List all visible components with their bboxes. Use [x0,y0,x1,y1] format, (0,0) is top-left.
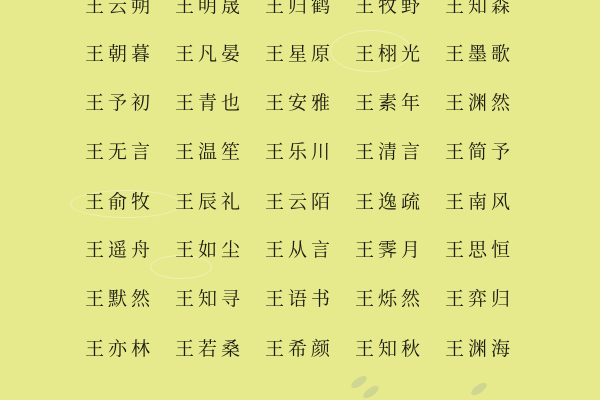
names-row: 王俞牧 王辰礼 王云陌 王逸疏 王南风 [85,187,535,217]
name-item: 王乐川 [265,137,355,167]
name-item: 王清言 [355,137,445,167]
name-item: 王青也 [175,88,265,118]
names-row: 王云朔 王明晟 王归鹤 王牧野 王知森 [85,0,535,21]
name-item: 王予初 [85,88,175,118]
names-row: 王默然 王知寻 王语书 王烁然 王弈归 [85,284,535,314]
name-item: 王弈归 [445,284,535,314]
name-item: 王知秋 [355,334,445,364]
name-item: 王归鹤 [265,0,355,21]
name-item: 王温笙 [175,137,265,167]
name-item: 王栩光 [355,39,445,69]
name-item: 王从言 [265,235,355,265]
name-item: 王烁然 [355,284,445,314]
name-item: 王云陌 [265,187,355,217]
name-item: 王思恒 [445,235,535,265]
decorative-leaf-icon [349,374,368,391]
names-row: 王予初 王青也 王安雅 王素年 王渊然 [85,88,535,118]
name-item: 王俞牧 [85,187,175,217]
name-item: 王知森 [445,0,535,21]
name-item: 王如尘 [175,235,265,265]
name-item: 王墨歌 [445,39,535,69]
name-item: 王安雅 [265,88,355,118]
name-item: 王霁月 [355,235,445,265]
name-item: 王遥舟 [85,235,175,265]
name-item: 王星原 [265,39,355,69]
name-item: 王朝暮 [85,39,175,69]
name-item: 王渊海 [445,334,535,364]
name-item: 王牧野 [355,0,445,21]
name-item: 王南风 [445,187,535,217]
name-item: 王渊然 [445,88,535,118]
decorative-leaf-icon [361,384,380,400]
names-row: 王无言 王温笙 王乐川 王清言 王简予 [85,137,535,167]
name-item: 王亦林 [85,334,175,364]
names-row: 王亦林 王若桑 王希颜 王知秋 王渊海 [85,334,535,364]
names-row: 王遥舟 王如尘 王从言 王霁月 王思恒 [85,235,535,265]
name-item: 王凡晏 [175,39,265,69]
name-item: 王素年 [355,88,445,118]
name-item: 王简予 [445,137,535,167]
name-item: 王若桑 [175,334,265,364]
name-item: 王云朔 [85,0,175,21]
name-item: 王无言 [85,137,175,167]
name-item: 王逸疏 [355,187,445,217]
name-item: 王默然 [85,284,175,314]
name-item: 王明晟 [175,0,265,21]
name-item: 王辰礼 [175,187,265,217]
name-item: 王语书 [265,284,355,314]
name-item: 王知寻 [175,284,265,314]
name-item: 王希颜 [265,334,355,364]
names-row: 王朝暮 王凡晏 王星原 王栩光 王墨歌 [85,39,535,69]
decorative-leaf-icon [469,381,488,398]
